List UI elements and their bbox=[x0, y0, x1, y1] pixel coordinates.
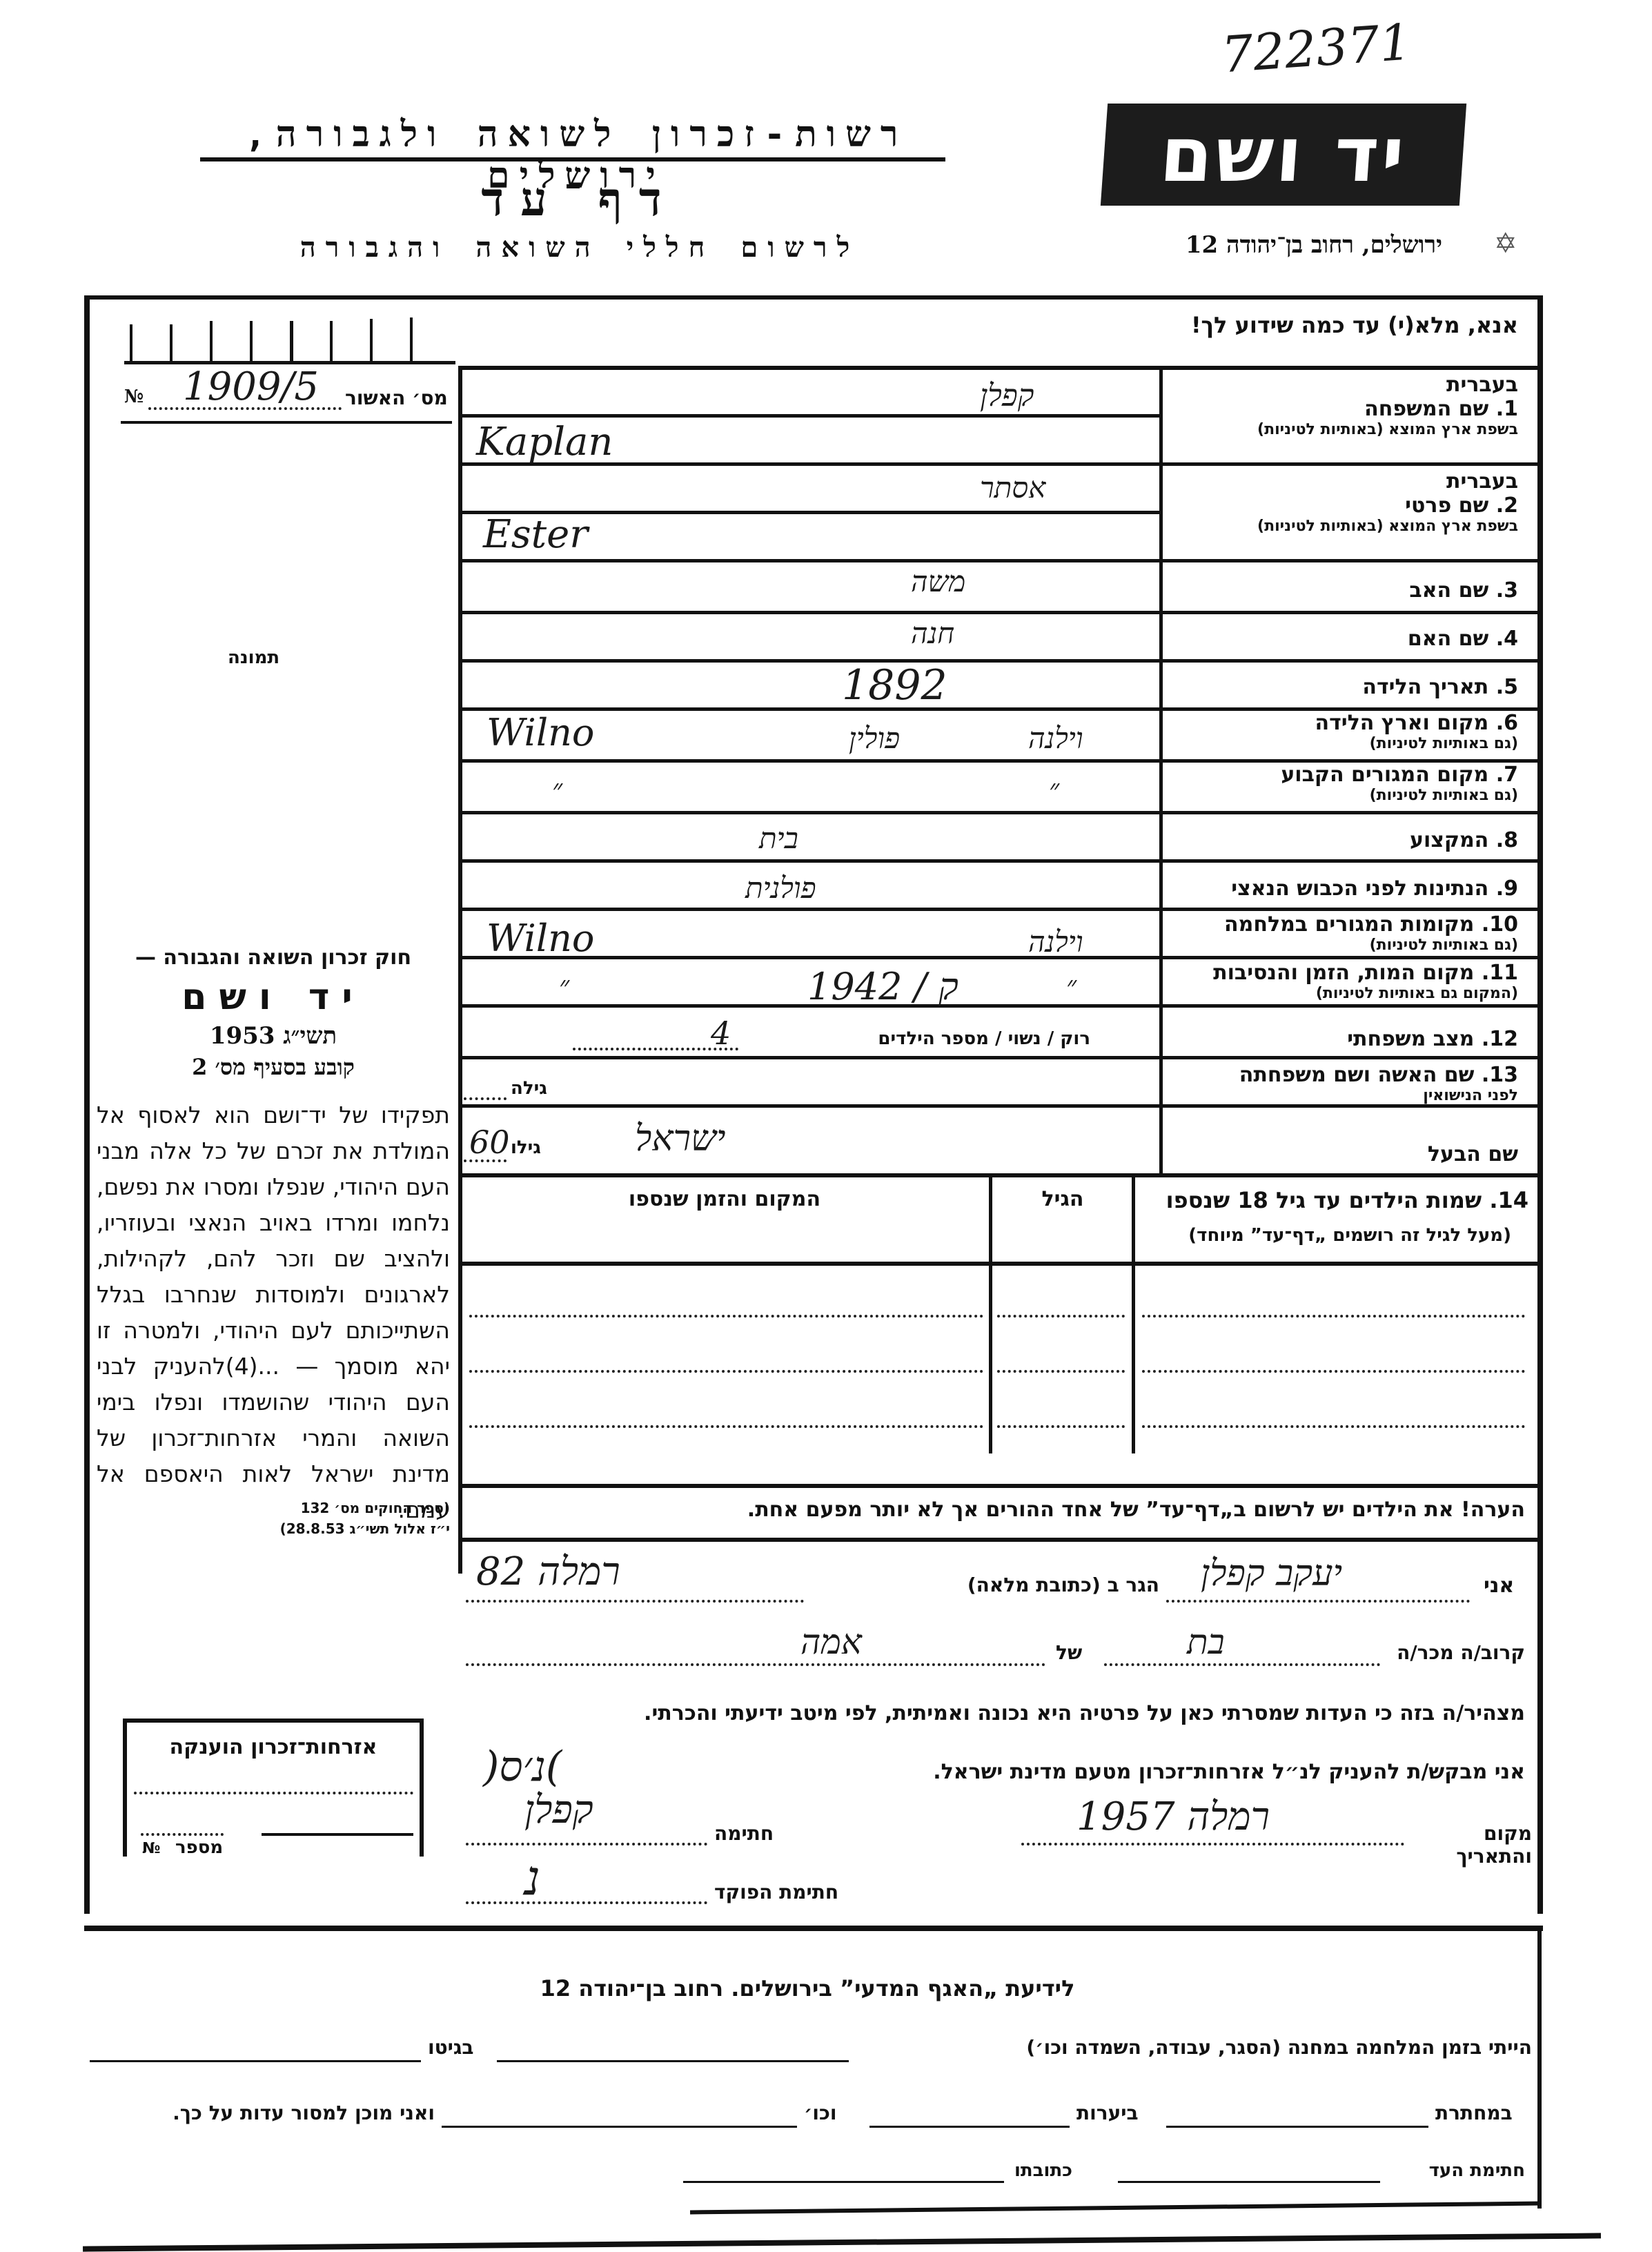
row-line bbox=[462, 659, 1539, 663]
birth-city-value[interactable]: וילנה bbox=[1028, 721, 1083, 756]
field-mother-name: 4. שם האם bbox=[1166, 627, 1518, 651]
row-line bbox=[462, 859, 1539, 863]
field-label: שם פרטי bbox=[1405, 493, 1488, 518]
table-row-name[interactable] bbox=[1142, 1315, 1525, 1318]
field-number: 6. bbox=[1496, 711, 1518, 735]
citizenship-request: אני מבקש/ת להעניק לנ״ל אזרחות־זכרון מטעם… bbox=[676, 1760, 1525, 1784]
etc-field[interactable] bbox=[442, 2126, 797, 2128]
relation-label: קרוב/ה מכר/ה bbox=[1387, 1641, 1525, 1664]
testimony-willing-text: ואני מוכן למסור עדות על כך. bbox=[90, 2102, 435, 2124]
declarant-i-label: אני bbox=[1484, 1574, 1514, 1598]
officer-signature-field[interactable]: נ bbox=[524, 1850, 540, 1907]
law-header: חוק זכרון השואה והגבורה — יד ושם תשי״ג 1… bbox=[97, 946, 450, 1080]
field-label: מקום המות, הזמן והנסיבות bbox=[1213, 961, 1474, 985]
nationality-value[interactable]: פולנית bbox=[745, 871, 816, 905]
header-address: ירושלים, רחוב בן־יהודה 12 bbox=[1139, 231, 1442, 259]
row-line bbox=[462, 462, 1539, 466]
frame-left bbox=[84, 295, 90, 1914]
table-row-place[interactable] bbox=[469, 1370, 983, 1373]
relation-field[interactable]: בת bbox=[1187, 1622, 1225, 1662]
place-date-label: מקום והתאריך bbox=[1415, 1822, 1532, 1868]
husband-name-value[interactable]: ישראל bbox=[635, 1118, 726, 1159]
row-line bbox=[462, 1056, 1539, 1059]
wife-age-label: גילה bbox=[511, 1078, 547, 1099]
page-edge bbox=[83, 2233, 1601, 2251]
request-mark: )נ׳ס( bbox=[483, 1743, 562, 1791]
declaration-statement: מצהיר/ה בזה כי העדות שמסרתי כאן על פרטיה… bbox=[469, 1701, 1525, 1725]
ghetto-label: בגיטו bbox=[428, 2036, 473, 2059]
field-sublabel: (גם באותיות לטיניות) bbox=[1166, 787, 1518, 804]
field-number: 13. bbox=[1482, 1063, 1518, 1087]
address-field[interactable]: רמלה 82 bbox=[476, 1549, 620, 1594]
approval-number-field[interactable]: 1909/5 bbox=[183, 364, 319, 409]
field-number: 11. bbox=[1482, 961, 1518, 985]
field-number: 3. bbox=[1496, 578, 1518, 603]
residence-city-value[interactable]: ״ bbox=[1049, 773, 1059, 805]
field-number: 1. bbox=[1496, 397, 1518, 421]
birth-place-latin-value[interactable]: Wilno bbox=[486, 711, 594, 754]
hebrew-tag: בעברית bbox=[1166, 373, 1518, 397]
field-birth-date: 5. תאריך הלידה bbox=[1166, 675, 1518, 699]
yad-vashem-logo: יד ושם bbox=[1101, 104, 1466, 206]
witness-address-label: כתובתו bbox=[1014, 2160, 1072, 2181]
witness-signature-field[interactable] bbox=[1118, 2181, 1380, 2183]
row-line bbox=[462, 1104, 1539, 1108]
birth-country-value[interactable]: פולין bbox=[849, 721, 900, 756]
label-column-divider bbox=[1159, 366, 1163, 1173]
field-label: מקומות המגורים במלחמה bbox=[1224, 912, 1474, 937]
title-rule bbox=[200, 157, 945, 161]
citizenship-no-label: № bbox=[142, 1840, 160, 1857]
field-sublabel: בשפת ארץ המוצא (באותיות לטיניות) bbox=[1166, 421, 1518, 438]
place-date-field[interactable]: רמלה 1957 bbox=[1076, 1794, 1270, 1839]
lower-frame-right bbox=[1537, 1926, 1542, 2209]
row-line bbox=[462, 1004, 1539, 1008]
field-number: 8. bbox=[1496, 828, 1518, 852]
mother-name-value[interactable]: חנה bbox=[911, 616, 954, 651]
citizenship-number-label: מספר bbox=[175, 1837, 223, 1858]
field-number: 10. bbox=[1482, 912, 1518, 937]
field-number: 7. bbox=[1496, 763, 1518, 787]
first-name-latin-value[interactable]: Ester bbox=[483, 512, 588, 557]
ghetto-field[interactable] bbox=[90, 2060, 421, 2062]
instruction-text: אנא, מלא(י) עד כמה שידוע לך! bbox=[1145, 312, 1518, 338]
husband-age-label: גילו bbox=[511, 1137, 541, 1158]
wartime-residence-city-value[interactable]: וילנה bbox=[1028, 925, 1083, 959]
father-name-value[interactable]: משה bbox=[911, 565, 965, 599]
lower-heading: לידיעת „האגף המדעי” בירושלים. רחוב בן־יה… bbox=[497, 1975, 1118, 2001]
surname-hebrew-value[interactable]: קפלן bbox=[980, 378, 1034, 413]
field-husband-name: שם הבעל bbox=[1166, 1142, 1518, 1166]
field-birth-place: 6. מקום וארץ הלידה (גם באותיות לטיניות) bbox=[1166, 711, 1518, 752]
col-place-time-header: המקום והזמן שנספו bbox=[462, 1187, 987, 1211]
table-row-name[interactable] bbox=[1142, 1425, 1525, 1428]
form-title: דף־עד bbox=[442, 173, 718, 227]
citizenship-box: אזרחות־זכרון הוענקה № מספר bbox=[123, 1719, 424, 1857]
field-label: מקום המגורים הקבוע bbox=[1281, 763, 1488, 787]
address-line bbox=[466, 1600, 804, 1603]
field-wartime-residence: 10. מקומות המגורים במלחמה (גם באותיות לט… bbox=[1166, 912, 1518, 954]
resides-label: הגר ב (כתובת מלאה) bbox=[869, 1574, 1159, 1596]
of-label: של bbox=[1056, 1641, 1082, 1664]
children-table-title: 14. שמות הילדים עד גיל 18 שנספו bbox=[1139, 1187, 1528, 1213]
field-nationality: 9. הנתינות לפני הכבוש הנאצי bbox=[1166, 877, 1518, 901]
instruction-rule bbox=[462, 366, 1539, 370]
field-label: מצב משפחתי bbox=[1347, 1027, 1474, 1051]
husband-age-value[interactable]: 60 bbox=[469, 1124, 510, 1161]
frame-top bbox=[84, 295, 1543, 300]
law-source: (ספר החוקים מס׳ 132י״ז אלול תשי״ג 28.8.5… bbox=[97, 1498, 450, 1539]
row-line bbox=[462, 559, 1539, 562]
photo-label: תמונה bbox=[228, 647, 279, 668]
declarant-name-field[interactable]: יעקב קפלן bbox=[1201, 1553, 1342, 1594]
signature-line bbox=[466, 1843, 707, 1845]
field-first-name: בעברית 2. שם פרטי בשפת ארץ המוצא (באותיו… bbox=[1166, 469, 1518, 535]
table-row-place[interactable] bbox=[469, 1425, 983, 1428]
row-line bbox=[462, 611, 1539, 614]
field-father-name: 3. שם האב bbox=[1166, 578, 1518, 603]
approval-no-label: № bbox=[124, 386, 144, 407]
field-permanent-residence: 7. מקום המגורים הקבוע (גם באותיות לטיניו… bbox=[1166, 763, 1518, 804]
field-label: המקצוע bbox=[1410, 828, 1488, 852]
witness-address-field[interactable] bbox=[683, 2181, 1004, 2183]
field-number: 5. bbox=[1496, 675, 1518, 699]
death-date-value[interactable]: 1942 / ק bbox=[807, 965, 958, 1008]
field-label: שם הבעל bbox=[1428, 1142, 1518, 1166]
field-sublabel: לפני הנישואין bbox=[1166, 1087, 1518, 1104]
field-label: מקום וארץ הלידה bbox=[1315, 711, 1489, 735]
field-sublabel: (גם באותיות לטיניות) bbox=[1166, 937, 1518, 954]
note-text: הערה! את הילדים יש לרשום ב„דף־עד” של אחד… bbox=[469, 1498, 1525, 1522]
relation-line bbox=[1104, 1663, 1380, 1666]
citizenship-number-field[interactable] bbox=[141, 1833, 224, 1836]
field-number: 2. bbox=[1496, 493, 1518, 518]
code-boxes bbox=[124, 311, 455, 364]
field-profession: 8. המקצוע bbox=[1166, 828, 1518, 852]
table-row-place[interactable] bbox=[469, 1315, 983, 1318]
field-label: תאריך הלידה bbox=[1362, 675, 1488, 699]
archive-number: 722371 bbox=[1219, 13, 1413, 84]
field-wife-name: 13. שם האשה ושם משפחתה לפני הנישואין bbox=[1166, 1063, 1518, 1104]
row-line bbox=[462, 1173, 1539, 1177]
forests-label: ביערות bbox=[1076, 2102, 1139, 2124]
birth-date-value[interactable]: 1892 bbox=[842, 661, 947, 709]
of-line bbox=[466, 1663, 1045, 1666]
camp-field[interactable] bbox=[497, 2060, 849, 2062]
table-col-divider bbox=[1132, 1177, 1135, 1453]
row-line bbox=[462, 956, 1539, 959]
profession-value[interactable]: בית bbox=[759, 821, 798, 856]
table-row-name[interactable] bbox=[1142, 1370, 1525, 1373]
forests-field[interactable] bbox=[869, 2126, 1070, 2128]
of-field[interactable]: אמה bbox=[800, 1622, 862, 1662]
row-line bbox=[462, 908, 1539, 911]
field-label: שם האב bbox=[1409, 578, 1488, 603]
field-number: 9. bbox=[1496, 877, 1518, 901]
field-label: שם האם bbox=[1408, 627, 1488, 651]
officer-signature-line bbox=[466, 1901, 707, 1904]
citizenship-box-title: אזרחות־זכרון הוענקה bbox=[127, 1735, 420, 1759]
row-line bbox=[462, 811, 1539, 814]
lower-section-rule bbox=[84, 1926, 1543, 1931]
field-number: 4. bbox=[1496, 627, 1518, 651]
surname-latin-value[interactable]: Kaplan bbox=[476, 420, 613, 464]
hebrew-tag: בעברית bbox=[1166, 469, 1518, 493]
underground-label: במחתרת bbox=[1435, 2102, 1513, 2124]
row-line bbox=[462, 414, 1159, 418]
wife-age-field[interactable] bbox=[464, 1097, 507, 1100]
etc-label: וכו׳ bbox=[804, 2102, 837, 2124]
witness-signature-label: חתימת העד bbox=[1394, 2160, 1525, 2181]
citizenship-line[interactable] bbox=[134, 1792, 413, 1794]
approval-rule bbox=[121, 421, 452, 424]
death-place-value[interactable]: ״ bbox=[1066, 970, 1076, 1002]
field-sublabel: בשפת ארץ המוצא (באותיות לטיניות) bbox=[1166, 518, 1518, 535]
children-table-subtitle: (מעל לגיל זה רושמים „דף־עד” מיוחד) bbox=[1139, 1225, 1511, 1246]
field-sublabel: (המקום גם באותיות לטיניות) bbox=[1166, 985, 1518, 1002]
declarant-name-line bbox=[1166, 1600, 1470, 1603]
field-label: שם המשפחה bbox=[1364, 397, 1488, 421]
emblem-icon: ✡ bbox=[1494, 228, 1517, 260]
table-header-rule bbox=[462, 1262, 1539, 1266]
children-count-value[interactable]: 4 bbox=[711, 1015, 731, 1052]
first-name-hebrew-value[interactable]: אסתר bbox=[980, 471, 1045, 505]
table-row-age[interactable] bbox=[997, 1315, 1125, 1318]
marital-options: רוק / נשוי / מספר הילדים bbox=[745, 1028, 1090, 1049]
field-marital-status: 12. מצב משפחתי bbox=[1166, 1027, 1518, 1051]
signature-label: חתימה bbox=[714, 1822, 774, 1845]
residence-latin-value[interactable]: ״ bbox=[552, 773, 562, 805]
signature-field[interactable]: קפלן bbox=[524, 1788, 593, 1832]
citizenship-rule bbox=[262, 1833, 413, 1836]
field-label: שם האשה ושם משפחתה bbox=[1239, 1063, 1475, 1087]
underground-field[interactable] bbox=[1166, 2126, 1428, 2128]
death-place-latin-value[interactable]: ״ bbox=[559, 970, 569, 1002]
field-surname: בעברית 1. שם המשפחה בשפת ארץ המוצא (באות… bbox=[1166, 373, 1518, 438]
form-subtitle: לרשום חללי השואה והגבורה bbox=[269, 231, 890, 264]
table-col-divider bbox=[989, 1177, 992, 1453]
place-date-line bbox=[1021, 1843, 1404, 1845]
table-row-age[interactable] bbox=[997, 1370, 1125, 1373]
col-age-header: הגיל bbox=[1001, 1187, 1125, 1211]
law-logo: יד ושם bbox=[97, 977, 450, 1018]
lower-frame-bottom bbox=[690, 2202, 1542, 2215]
approval-label: מס׳ האשור bbox=[345, 386, 448, 409]
wartime-residence-latin-value[interactable]: Wilno bbox=[486, 917, 594, 960]
note-rule-bottom bbox=[462, 1538, 1539, 1542]
note-rule-top bbox=[462, 1484, 1539, 1488]
camp-line-text: הייתי בזמן המלחמה במחנה (הסגר, עבודה, הש… bbox=[856, 2036, 1532, 2059]
officer-signature-label: חתימת הפוקד bbox=[714, 1881, 838, 1903]
field-number: 12. bbox=[1482, 1027, 1518, 1051]
field-label: הנתינות לפני הכבוש הנאצי bbox=[1231, 877, 1488, 901]
column-divider bbox=[458, 366, 462, 1574]
field-sublabel: (גם באותיות לטיניות) bbox=[1166, 735, 1518, 752]
law-text: תפקידו של יד־ושם הוא לאסוף אל המולדת את … bbox=[97, 1097, 450, 1528]
field-death-details: 11. מקום המות, הזמן והנסיבות (המקום גם ב… bbox=[1166, 961, 1518, 1002]
table-row-age[interactable] bbox=[997, 1425, 1125, 1428]
